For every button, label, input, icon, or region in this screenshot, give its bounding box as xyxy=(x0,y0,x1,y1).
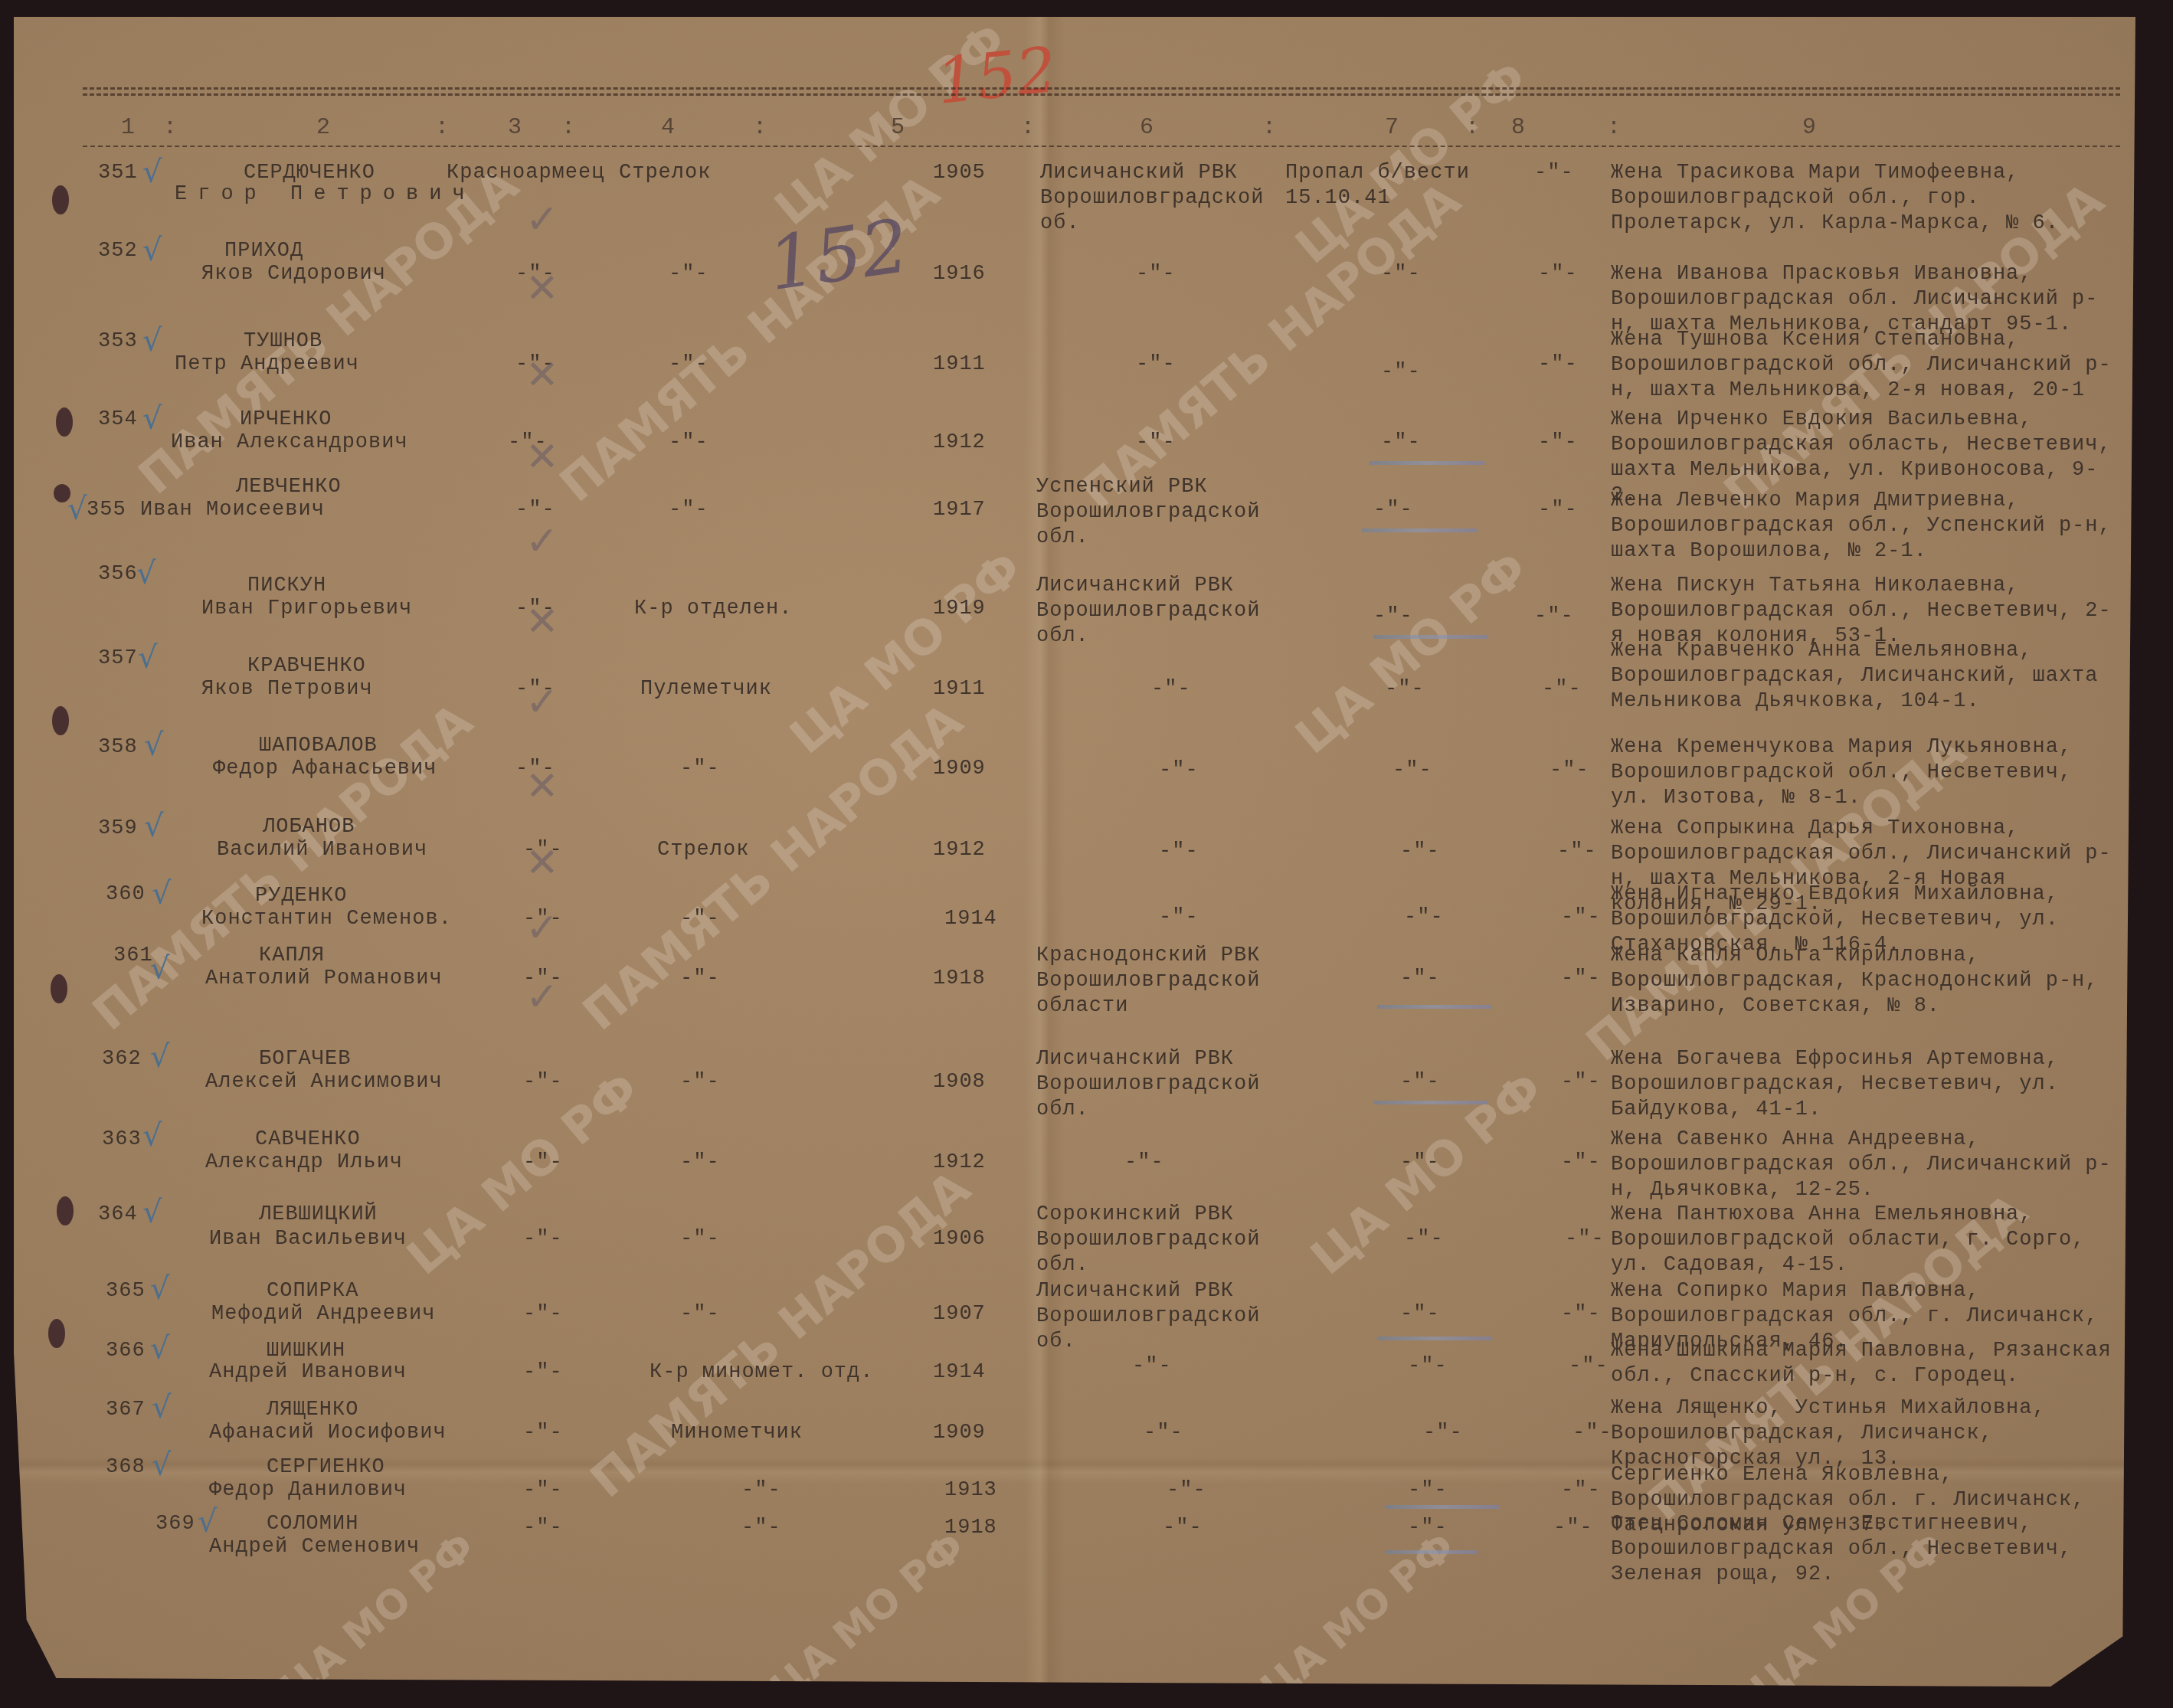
binding-hole xyxy=(52,185,69,214)
row-number: 369 xyxy=(155,1512,195,1537)
pencil-underline xyxy=(1385,1505,1500,1509)
rank: Красноармеец xyxy=(447,161,604,186)
given-name: Яков Петрович xyxy=(201,677,373,702)
conscription-office: Лисичанский РВК Ворошиловградской об. xyxy=(1036,1279,1274,1355)
surname: САВЧЕНКО xyxy=(255,1127,361,1153)
missing-date: -"- xyxy=(1381,430,1421,456)
checkmark-icon: √ xyxy=(150,1039,170,1075)
given-name: Егор Петрович xyxy=(175,182,476,208)
pencil-underline xyxy=(1377,1337,1492,1340)
birth-year: 1916 xyxy=(933,262,986,287)
row-number: 357 xyxy=(98,646,138,672)
conscription-office: -"- xyxy=(1136,430,1176,456)
surname: ИРЧЕНКО xyxy=(240,407,332,433)
next-of-kin: Жена Капля Ольга Кирилловна, Ворошиловгр… xyxy=(1611,944,2120,1019)
next-of-kin: Жена Трасикова Мари Тимофеевна, Ворошило… xyxy=(1611,161,2120,237)
missing-date: -"- xyxy=(1404,1227,1444,1252)
watermark: ЦА МО РФ xyxy=(762,1523,974,1708)
column-number-2: 2 xyxy=(316,115,330,141)
checkmark-icon: √ xyxy=(138,640,158,676)
position: Стрелок xyxy=(619,161,711,186)
given-name: Иван Григорьевич xyxy=(201,597,412,622)
checkmark-icon: √ xyxy=(150,1271,170,1307)
column-number-7: 7 xyxy=(1385,115,1399,141)
pencil-underline xyxy=(1373,1101,1488,1104)
surname: КРАВЧЕНКО xyxy=(247,654,366,679)
birth-year: 1911 xyxy=(933,352,986,378)
missing-date: -"- xyxy=(1404,905,1444,931)
surname: ПИСКУН xyxy=(247,574,326,599)
next-of-kin: Жена Иванова Прасковья Ивановна, Ворошил… xyxy=(1611,262,2120,338)
folio-number-red: 152 xyxy=(933,34,1060,119)
birth-year: 1918 xyxy=(933,967,986,992)
column-8: -"- xyxy=(1561,967,1601,992)
conscription-office: -"- xyxy=(1159,839,1199,865)
given-name: Яков Сидорович xyxy=(201,262,386,287)
position: -"- xyxy=(669,262,709,287)
surname: ШАПОВАЛОВ xyxy=(259,734,378,759)
column-8: -"- xyxy=(1572,1421,1612,1446)
row-number: 360 xyxy=(106,882,146,908)
surname: ЛЕВШИЦКИЙ xyxy=(259,1202,378,1228)
row-number: 362 xyxy=(102,1047,142,1072)
position: -"- xyxy=(680,1302,720,1327)
position: -"- xyxy=(680,1227,720,1252)
birth-year: 1914 xyxy=(944,907,997,932)
position: -"- xyxy=(680,1150,720,1176)
checkmark-icon: √ xyxy=(142,323,162,358)
position: -"- xyxy=(669,430,709,456)
row-number: 352 xyxy=(98,239,138,264)
given-name: Афанасий Иосифович xyxy=(209,1421,447,1446)
column-8: -"- xyxy=(1569,1354,1608,1379)
missing-date: -"- xyxy=(1385,677,1425,702)
row-number: 368 xyxy=(106,1455,146,1481)
pencil-mark-icon: ✓ xyxy=(525,974,559,1020)
column-separator: : xyxy=(753,115,767,141)
position: -"- xyxy=(741,1478,781,1503)
pencil-underline xyxy=(1377,1005,1492,1009)
column-number-6: 6 xyxy=(1140,115,1154,141)
column-8: -"- xyxy=(1538,262,1578,287)
folio-number-pencil: 152 xyxy=(763,203,914,307)
row-number: 359 xyxy=(98,816,138,842)
conscription-office: -"- xyxy=(1167,1478,1206,1503)
checkmark-icon: √ xyxy=(150,1331,170,1366)
surname: РУДЕНКО xyxy=(255,884,347,909)
birth-year: 1914 xyxy=(933,1360,986,1386)
conscription-office: Краснодонский РВК Ворошиловградской обла… xyxy=(1036,944,1274,1019)
column-separator: : xyxy=(1465,115,1479,141)
binding-hole xyxy=(51,974,67,1003)
next-of-kin: Жена Кравченко Анна Емельяновна, Ворошил… xyxy=(1611,639,2120,715)
surname: ПРИХОД xyxy=(224,239,303,264)
column-separator: : xyxy=(1021,115,1035,141)
pencil-mark-icon: ✓ xyxy=(525,905,559,951)
conscription-office: -"- xyxy=(1136,352,1176,378)
conscription-office: -"- xyxy=(1132,1354,1172,1379)
column-8: -"- xyxy=(1561,1478,1601,1503)
birth-year: 1909 xyxy=(933,757,986,782)
given-name: Петр Андреевич xyxy=(175,352,359,378)
column-8: -"- xyxy=(1565,1227,1605,1252)
checkmark-icon: √ xyxy=(152,876,172,911)
conscription-office: Успенский РВК Ворошиловградской обл. xyxy=(1036,475,1274,551)
document-page: ЦА МО РФ ЦА МО РФ ПАМЯТЬ НАРОДА ПАМЯТЬ Н… xyxy=(14,17,2135,1687)
conscription-office: Лисичанский РВК Ворошиловградской обл. xyxy=(1036,574,1274,649)
binding-hole xyxy=(48,1319,65,1348)
pencil-underline xyxy=(1385,1550,1477,1554)
position: -"- xyxy=(680,907,720,932)
next-of-kin: Жена Левченко Мария Дмитриевна, Ворошило… xyxy=(1611,489,2120,564)
missing-date: -"- xyxy=(1400,1070,1440,1095)
row-number: 367 xyxy=(106,1398,146,1423)
checkmark-icon: √ xyxy=(142,1118,162,1153)
rank: -"- xyxy=(523,1421,563,1446)
checkmark-icon: √ xyxy=(142,233,162,268)
row-number: 358 xyxy=(98,735,138,761)
surname: СОЛОМИН xyxy=(267,1512,358,1537)
pencil-mark-icon: ✓ xyxy=(525,519,559,564)
position: -"- xyxy=(669,352,709,378)
birth-year: 1912 xyxy=(933,838,986,863)
position: К-р отделен. xyxy=(634,597,792,622)
column-8: -"- xyxy=(1561,1150,1601,1176)
watermark: ПАМЯТЬ НАРОДА xyxy=(583,1163,977,1505)
missing-date: -"- xyxy=(1392,758,1432,784)
column-8: -"- xyxy=(1561,905,1601,931)
checkmark-icon: √ xyxy=(152,1448,172,1483)
column-8: -"- xyxy=(1538,498,1578,523)
checkmark-icon: √ xyxy=(144,809,164,844)
surname: ЛЕВЧЕНКО xyxy=(236,475,342,500)
column-8: -"- xyxy=(1534,604,1574,630)
birth-year: 1913 xyxy=(944,1478,997,1503)
missing-date: -"- xyxy=(1400,967,1440,992)
column-separator: : xyxy=(561,115,575,141)
next-of-kin: Жена Савенко Анна Андреевна, Ворошиловгр… xyxy=(1611,1127,2120,1203)
given-name: Константин Семенов. xyxy=(201,907,452,932)
missing-date: -"- xyxy=(1408,1354,1448,1379)
missing-date: -"- xyxy=(1400,839,1440,865)
position: -"- xyxy=(680,967,720,992)
rank: -"- xyxy=(523,1516,563,1541)
header-rule-bottom xyxy=(83,146,2120,147)
birth-year: 1912 xyxy=(933,430,986,456)
missing-date: -"- xyxy=(1373,498,1413,523)
conscription-office: -"- xyxy=(1163,1516,1203,1541)
surname: СОПИРКА xyxy=(267,1279,358,1304)
column-number-4: 4 xyxy=(661,115,675,141)
position: -"- xyxy=(680,1070,720,1095)
column-number-1: 1 xyxy=(121,115,135,141)
rank: -"- xyxy=(523,1478,563,1503)
given-name: Андрей Иванович xyxy=(209,1360,407,1386)
given-name: Мефодий Андреевич xyxy=(211,1302,435,1327)
position: Стрелок xyxy=(657,838,749,863)
checkmark-icon: √ xyxy=(136,556,156,591)
position: Минометчик xyxy=(671,1421,803,1446)
column-8: -"- xyxy=(1557,839,1597,865)
missing-date: -"- xyxy=(1408,1516,1448,1541)
birth-year: 1919 xyxy=(933,597,986,622)
conscription-office: Сорокинский РВК Ворошиловградской обл. xyxy=(1036,1202,1274,1278)
checkmark-icon: √ xyxy=(152,1390,172,1425)
column-8: -"- xyxy=(1538,430,1578,456)
position: К-р миномет. отд. xyxy=(650,1360,873,1386)
row-number: 361 xyxy=(113,944,153,969)
birth-year: 1912 xyxy=(933,1150,986,1176)
pencil-mark-icon: ✓ xyxy=(525,197,559,243)
surname: СЕРГИЕНКО xyxy=(267,1455,385,1481)
surname: БОГАЧЕВ xyxy=(259,1047,351,1072)
pencil-underline xyxy=(1373,635,1488,639)
next-of-kin: Жена Кременчукова Мария Лукьяновна, Воро… xyxy=(1611,735,2120,811)
surname: КАПЛЯ xyxy=(259,944,325,969)
rank: -"- xyxy=(523,1070,563,1095)
column-8: -"- xyxy=(1550,758,1589,784)
column-separator: : xyxy=(435,115,449,141)
checkmark-icon: √ xyxy=(150,951,170,987)
watermark: ПАМЯТЬ НАРОДА xyxy=(575,696,970,1038)
binding-hole xyxy=(56,407,73,437)
given-name: Иван Моисеевич xyxy=(140,498,325,523)
birth-year: 1917 xyxy=(933,498,986,523)
given-name: Анатолий Романович xyxy=(205,967,443,992)
birth-year: 1911 xyxy=(933,677,986,702)
row-number: 351 xyxy=(98,161,138,186)
column-number-9: 9 xyxy=(1802,115,1816,141)
birth-year: 1905 xyxy=(933,161,986,186)
column-8: -"- xyxy=(1561,1070,1601,1095)
given-name: Василий Иванович xyxy=(217,838,427,863)
column-8: -"- xyxy=(1534,161,1574,186)
pencil-underline xyxy=(1362,528,1477,532)
next-of-kin: Жена Шишкина Мария Павловна, Рязанская о… xyxy=(1611,1339,2120,1389)
next-of-kin: Жена Пантюхова Анна Емельяновна, Ворошил… xyxy=(1611,1202,2120,1278)
pencil-mark-icon: ✓ xyxy=(525,679,559,725)
birth-year: 1908 xyxy=(933,1070,986,1095)
surname: ЛЯЩЕНКО xyxy=(267,1398,358,1423)
checkmark-icon: √ xyxy=(67,492,87,527)
missing-date: -"- xyxy=(1373,604,1413,630)
pencil-underline xyxy=(1370,461,1484,465)
column-number-5: 5 xyxy=(891,115,905,141)
row-number: 354 xyxy=(98,407,138,433)
pencil-mark-icon: ✕ xyxy=(525,266,559,312)
column-separator: : xyxy=(163,115,177,141)
conscription-office: -"- xyxy=(1159,905,1199,931)
column-number-8: 8 xyxy=(1511,115,1525,141)
row-number: 366 xyxy=(106,1339,146,1364)
given-name: Иван Васильевич xyxy=(209,1227,407,1252)
rank: -"- xyxy=(523,1360,563,1386)
pencil-mark-icon: ✕ xyxy=(525,352,559,398)
conscription-office: -"- xyxy=(1136,262,1176,287)
row-number: 365 xyxy=(106,1279,146,1304)
position: -"- xyxy=(669,498,709,523)
checkmark-icon: √ xyxy=(144,728,164,763)
next-of-kin: Жена Богачева Ефросинья Артемовна, Ворош… xyxy=(1611,1047,2120,1123)
birth-year: 1907 xyxy=(933,1302,986,1327)
checkmark-icon: √ xyxy=(142,1195,162,1230)
conscription-office: Лисичанский РВК Ворошиловградской обл. xyxy=(1036,1047,1274,1123)
position: -"- xyxy=(741,1516,781,1541)
rank: -"- xyxy=(523,1150,563,1176)
column-number-3: 3 xyxy=(508,115,522,141)
next-of-kin: Отец Соломин Семен Евстигнеевич, Ворошил… xyxy=(1611,1512,2120,1588)
header-rule-top xyxy=(83,87,2120,90)
checkmark-icon: √ xyxy=(142,401,162,437)
missing-date: -"- xyxy=(1408,1478,1448,1503)
pencil-mark-icon: ✕ xyxy=(525,599,559,645)
missing-date: -"- xyxy=(1423,1421,1463,1446)
binding-hole xyxy=(52,706,69,735)
birth-year: 1906 xyxy=(933,1227,986,1252)
missing-date: -"- xyxy=(1400,1302,1440,1327)
birth-year: 1918 xyxy=(944,1516,997,1541)
row-number: 356 xyxy=(98,562,138,587)
given-name: Андрей Семенович xyxy=(209,1535,420,1560)
birth-year: 1909 xyxy=(933,1421,986,1446)
missing-date: -"- xyxy=(1400,1150,1440,1176)
pencil-mark-icon: ✕ xyxy=(525,764,559,810)
given-name: Иван Александрович xyxy=(171,430,408,456)
surname: ТУШНОВ xyxy=(244,329,322,355)
row-number: 363 xyxy=(102,1127,142,1153)
watermark: ЦА МО РФ xyxy=(1288,544,1535,761)
pencil-mark-icon: ✕ xyxy=(525,434,559,480)
surname: ЛОБАНОВ xyxy=(263,815,355,840)
row-number: 353 xyxy=(98,329,138,355)
position: -"- xyxy=(680,757,720,782)
header-rule-top-2 xyxy=(83,93,2120,96)
given-name: Федор Данилович xyxy=(209,1478,407,1503)
binding-hole xyxy=(57,1196,74,1225)
next-of-kin: Жена Лященко, Устинья Михайловна, Вороши… xyxy=(1611,1396,2120,1472)
column-separator: : xyxy=(1607,115,1621,141)
column-8: -"- xyxy=(1538,352,1578,378)
missing-date: -"- xyxy=(1381,360,1421,385)
conscription-office: -"- xyxy=(1144,1421,1183,1446)
conscription-office: -"- xyxy=(1124,1150,1164,1176)
column-8: -"- xyxy=(1542,677,1582,702)
given-name: Александр Ильич xyxy=(205,1150,403,1176)
row-number: 364 xyxy=(98,1202,138,1228)
rank: -"- xyxy=(523,1302,563,1327)
missing-date: -"- xyxy=(1381,262,1421,287)
given-name: Алексей Анисимович xyxy=(205,1070,443,1095)
position: Пулеметчик xyxy=(640,677,772,702)
row-number: 355 xyxy=(87,498,126,523)
conscription-office: Лисичанский РВК Ворошиловградской об. xyxy=(1040,161,1270,237)
next-of-kin: Жена Тушнова Ксения Степановна, Ворошило… xyxy=(1611,328,2120,404)
conscription-office: -"- xyxy=(1159,758,1199,784)
conscription-office: -"- xyxy=(1151,677,1191,702)
column-8: -"- xyxy=(1553,1516,1593,1541)
given-name: Федор Афанасьевич xyxy=(213,757,437,782)
missing-date: Пропал б/вести 15.10.41 xyxy=(1285,161,1492,211)
rank: -"- xyxy=(523,1227,563,1252)
checkmark-icon: √ xyxy=(142,155,162,190)
pencil-mark-icon: ✕ xyxy=(525,840,559,886)
column-8: -"- xyxy=(1561,1302,1601,1327)
column-separator: : xyxy=(1262,115,1276,141)
